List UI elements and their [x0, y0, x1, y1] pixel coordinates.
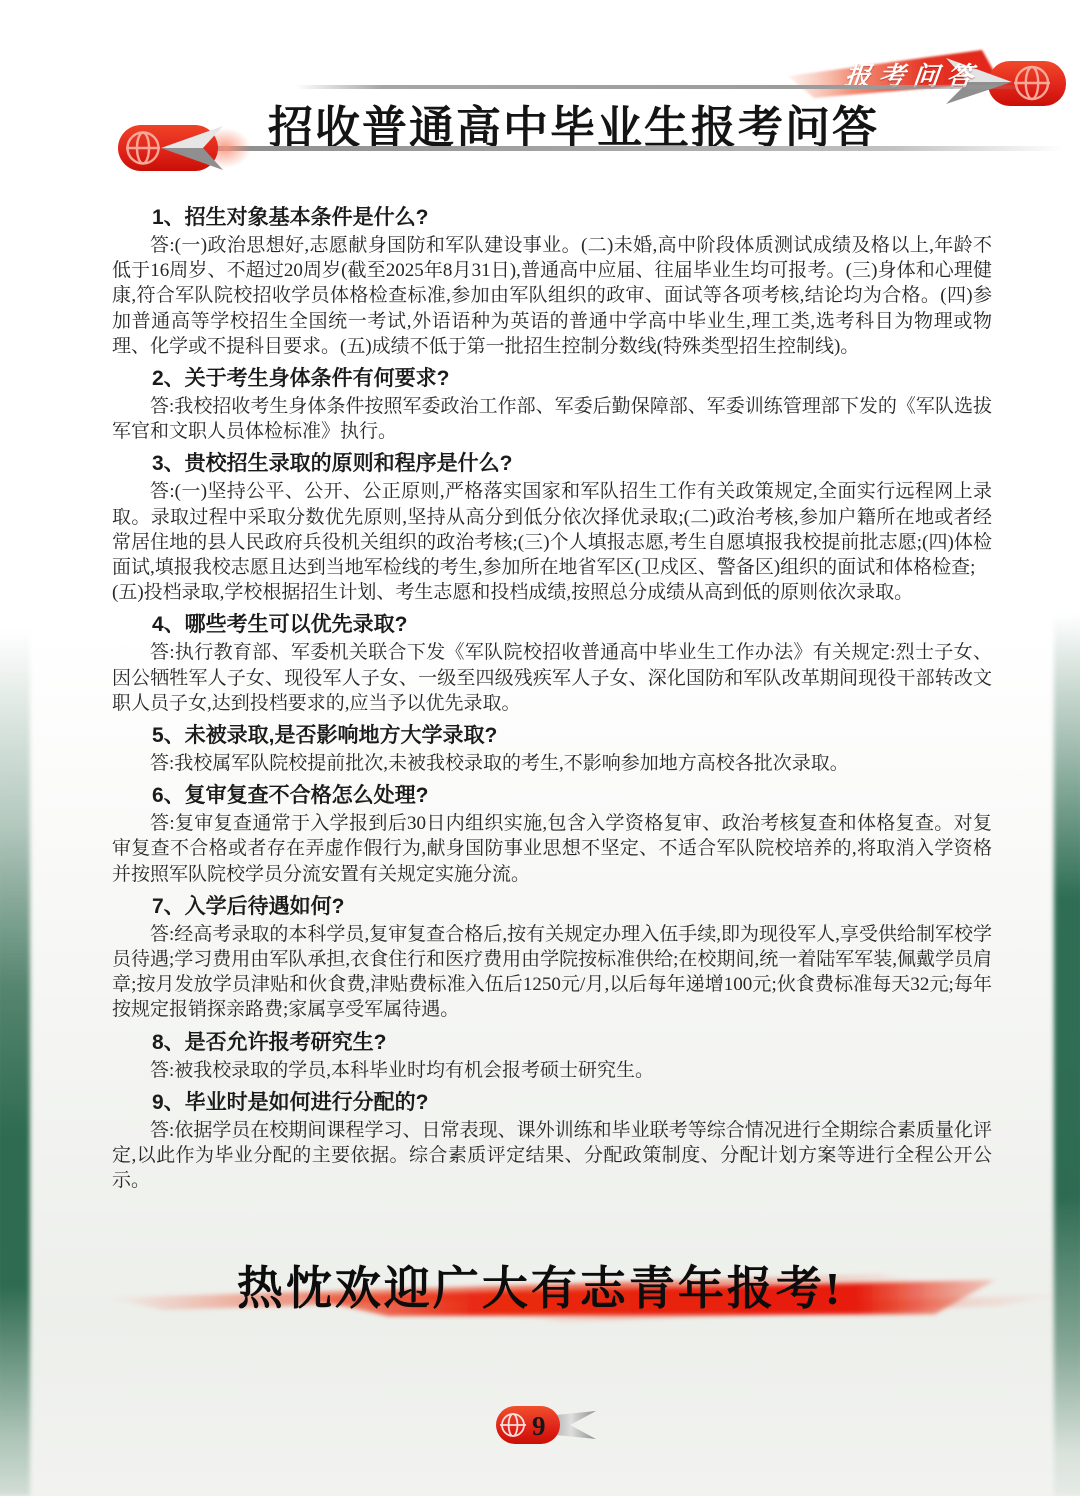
qa-item: 1、招生对象基本条件是什么?答:(一)政治思想好,志愿献身国防和军队建设事业。(…	[112, 205, 992, 359]
qa-item: 5、未被录取,是否影响地方大学录取?答:我校属军队院校提前批次,未被我校录取的考…	[112, 723, 992, 776]
qa-item: 8、是否允许报考研究生?答:被我校录取的学员,本科毕业时均有机会报考硕士研究生。	[112, 1030, 992, 1083]
qa-question: 8、是否允许报考研究生?	[112, 1030, 992, 1055]
qa-question: 4、哪些考生可以优先录取?	[112, 612, 992, 637]
title-rule-bottom	[214, 146, 1064, 151]
qa-item: 7、入学后待遇如何?答:经高考录取的本科学员,复审复查合格后,按有关规定办理入伍…	[112, 894, 992, 1023]
qa-answer-paragraph: 答:我校属军队院校提前批次,未被我校录取的考生,不影响参加地方高校各批次录取。	[112, 751, 992, 776]
qa-answer-paragraph: (五)投档录取,学校根据招生计划、考生志愿和投档成绩,按照总分成绩从高到低的原则…	[112, 580, 992, 605]
qa-question: 3、贵校招生录取的原则和程序是什么?	[112, 451, 992, 476]
qa-question: 2、关于考生身体条件有何要求?	[112, 366, 992, 391]
title-emblem-graphic	[113, 122, 323, 174]
qa-answer-paragraph: 答:复审复查通常于入学报到后30日内组织实施,包含入学资格复审、政治考核复查和体…	[112, 811, 992, 887]
qa-answer-paragraph: 答:执行教育部、军委机关联合下发《军队院校招收普通高中毕业生工作办法》有关规定:…	[112, 640, 992, 716]
qa-list: 1、招生对象基本条件是什么?答:(一)政治思想好,志愿献身国防和军队建设事业。(…	[112, 198, 992, 1193]
qa-question: 1、招生对象基本条件是什么?	[112, 205, 992, 230]
qa-answer-paragraph: 答:被我校录取的学员,本科毕业时均有机会报考硕士研究生。	[112, 1058, 992, 1083]
qa-answer-paragraph: 答:经高考录取的本科学员,复审复查合格后,按有关规定办理入伍手续,即为现役军人,…	[112, 922, 992, 1023]
qa-answer-paragraph: 答:依据学员在校期间课程学习、日常表现、课外训练和毕业联考等综合情况进行全期综合…	[112, 1118, 992, 1194]
qa-question: 6、复审复查不合格怎么处理?	[112, 783, 992, 808]
qa-answer-paragraph: 答:我校招收考生身体条件按照军委政治工作部、军委后勤保障部、军委训练管理部下发的…	[112, 394, 992, 444]
qa-question: 5、未被录取,是否影响地方大学录取?	[112, 723, 992, 748]
qa-item: 6、复审复查不合格怎么处理?答:复审复查通常于入学报到后30日内组织实施,包含入…	[112, 783, 992, 887]
qa-answer-paragraph: 答:(一)政治思想好,志愿献身国防和军队建设事业。(二)未婚,高中阶段体质测试成…	[112, 233, 992, 359]
slogan-text: 热忱欢迎广大有志青年报考!	[0, 1238, 1080, 1318]
document-page: 报考问答 招收普通高中毕业生报考问答	[0, 0, 1080, 1496]
title-rule-top	[295, 85, 1017, 89]
page-number-badge: 9	[496, 1404, 602, 1446]
qa-answer-paragraph: 答:(一)坚持公平、公开、公正原则,严格落实国家和军队招生工作有关政策规定,全面…	[112, 479, 992, 580]
qa-question: 7、入学后待遇如何?	[112, 894, 992, 919]
qa-item: 4、哪些考生可以优先录取?答:执行教育部、军委机关联合下发《军队院校招收普通高中…	[112, 612, 992, 716]
qa-question: 9、毕业时是如何进行分配的?	[112, 1090, 992, 1115]
page-number: 9	[532, 1411, 546, 1441]
slogan-section: 热忱欢迎广大有志青年报考!	[0, 1238, 1080, 1358]
qa-item: 2、关于考生身体条件有何要求?答:我校招收考生身体条件按照军委政治工作部、军委后…	[112, 366, 992, 444]
qa-item: 3、贵校招生录取的原则和程序是什么?答:(一)坚持公平、公开、公正原则,严格落实…	[112, 451, 992, 605]
qa-item: 9、毕业时是如何进行分配的?答:依据学员在校期间课程学习、日常表现、课外训练和毕…	[112, 1090, 992, 1194]
